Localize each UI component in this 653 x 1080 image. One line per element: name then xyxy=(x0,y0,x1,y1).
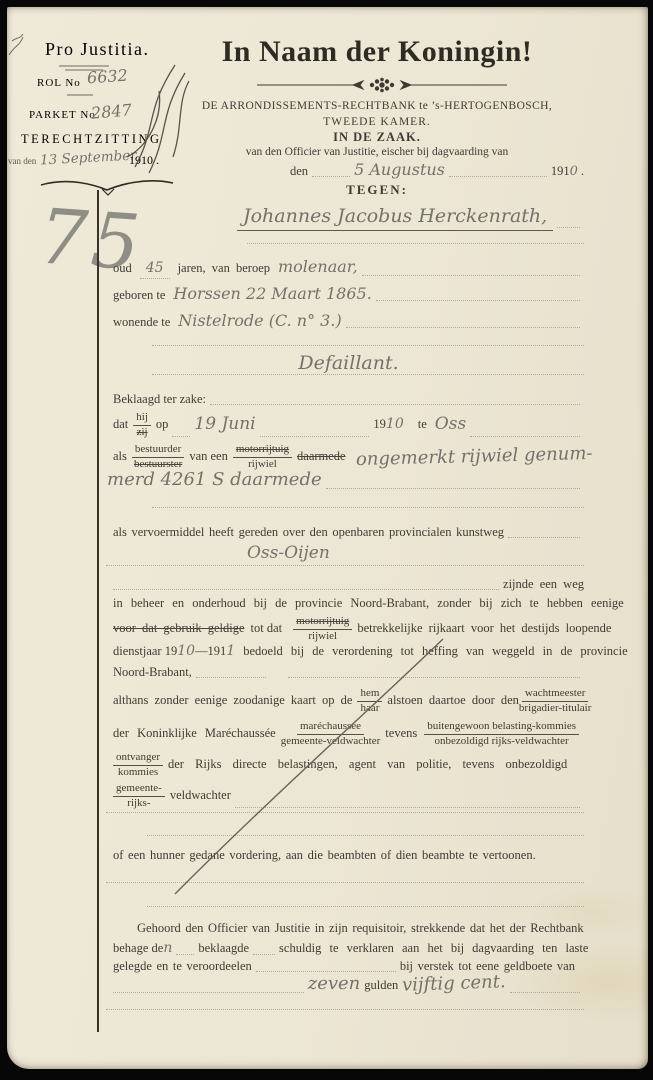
dienstjaar-year2-handwritten: 1 xyxy=(226,643,235,661)
hij-zij-alternative: hij zij xyxy=(133,411,151,438)
voor-dat-struck: voor dat gebruik geldige xyxy=(113,621,245,637)
rijwiel-option-2: rijwiel xyxy=(308,630,337,643)
dotted-leader xyxy=(326,486,580,489)
dotted-leader xyxy=(172,434,190,437)
chamber-line: TWEEDE KAMER. xyxy=(157,116,597,128)
vehicle-note-handwritten-1: ongemerkt rijwiel genum- xyxy=(355,443,592,472)
road-handwritten: Oss-Oijen xyxy=(247,543,330,564)
marechaussee-row: der Koninklijke Maréchaussée maréchaussé… xyxy=(113,717,584,751)
page-title: In Naam der Koningin! xyxy=(157,35,597,69)
rijks-veldwachter-option: onbezoldigd rijks-veldwachter xyxy=(435,735,569,748)
offence-date-row: dat hij zij op 19 Juni 19 10 te Oss xyxy=(113,410,584,440)
daarmede-struck: daarmede xyxy=(297,449,346,465)
bestuurder-option: bestuurder xyxy=(132,443,184,457)
beklaagde-label: beklaagde xyxy=(198,941,249,957)
margin-rule xyxy=(97,190,99,1032)
age-handwritten: 45 xyxy=(140,260,170,279)
rol-number-label: ROL No xyxy=(37,77,81,89)
althans-row: althans zonder eenige zoodanige kaart op… xyxy=(113,685,584,717)
ontvanger-option: ontvanger xyxy=(113,751,163,765)
belasting-kommies-option: buitengewoon belasting-kommies xyxy=(424,720,579,734)
ruled-line xyxy=(147,906,584,907)
scanned-court-document: Pro Justitia. ROL No 6632 PARKET No 2847… xyxy=(0,0,653,1080)
als-label: als xyxy=(113,449,127,465)
summons-year-printed: 191 xyxy=(551,164,570,180)
dat-label: dat xyxy=(113,417,128,433)
ornament-divider xyxy=(257,77,507,93)
residence-row: wonende te Nistelrode (C. n° 3.) xyxy=(113,311,584,331)
pro-justitia-heading: Pro Justitia. xyxy=(45,39,150,60)
rijks-belastingen-text: der Rijks directe belastingen, agent van… xyxy=(168,757,567,773)
offence-year-printed: 19 xyxy=(373,417,386,433)
vehicle-alternative: motorrijtuig rijwiel xyxy=(233,443,292,470)
dotted-leader xyxy=(176,952,194,955)
veldwachter-label: veldwachter xyxy=(170,788,231,804)
defaillant-handwritten: Defaillant. xyxy=(298,352,398,376)
kommies-alternative: buitengewoon belasting-kommies onbezoldi… xyxy=(424,720,579,747)
kommies-option: kommies xyxy=(118,766,158,779)
hij-option: hij xyxy=(133,411,151,425)
dotted-leader xyxy=(376,298,580,301)
ruled-line xyxy=(247,243,584,244)
dotted-leader xyxy=(510,990,580,993)
motorrijtuig-option-struck: motorrijtuig xyxy=(233,443,292,457)
althans-text: althans zonder eenige zoodanige kaart op… xyxy=(113,693,352,709)
period: . xyxy=(581,164,584,180)
der-koninklijke-text: der Koninklijke Maréchaussée xyxy=(113,726,276,742)
den-label: den xyxy=(290,164,308,180)
dotted-leader xyxy=(210,402,580,405)
op-label: op xyxy=(156,417,169,433)
rank-alternative: wachtmeester brigadier-titulair xyxy=(519,687,591,714)
dotted-leader xyxy=(449,174,547,177)
vertoonen-row: of een hunner gedane vordering, aan die … xyxy=(113,848,584,864)
ruled-line xyxy=(152,345,584,346)
ruled-line xyxy=(152,507,584,508)
officer-type-alternative: maréchaussée gemeente-veldwachter xyxy=(281,720,381,747)
gulden-label: gulden xyxy=(364,978,398,994)
dotted-leader xyxy=(113,587,499,590)
dotted-leader xyxy=(113,990,304,993)
tevens-label: tevens xyxy=(385,726,417,742)
alstoen-text: alstoen daartoe door den xyxy=(387,693,519,709)
ruled-line xyxy=(106,1009,584,1010)
ruled-line xyxy=(147,835,584,836)
van-een-label: van een xyxy=(189,449,228,465)
offence-place-handwritten: Oss xyxy=(435,414,466,435)
parket-number-value: 2847 xyxy=(90,100,132,122)
dienstjaar-year1-handwritten: 10 xyxy=(177,643,195,661)
ruled-line xyxy=(106,565,584,566)
van-den-label: van den xyxy=(8,156,36,166)
beheer-line: in beheer en onderhoud bij de provincie … xyxy=(113,596,624,612)
summons-date-handwritten: 5 Augustus xyxy=(354,160,445,180)
amount-guilders-handwritten: zeven xyxy=(308,973,361,996)
dienstjaar-row: dienstjaar 19 10 —191 1 bedoeld bij de v… xyxy=(113,643,584,661)
noord-brabant-label: Noord-Brabant, xyxy=(113,665,192,681)
tegen-heading: TEGEN: xyxy=(157,182,597,198)
brigadier-option: brigadier-titulair xyxy=(519,702,591,715)
dotted-leader xyxy=(557,225,580,228)
vehicle-note-row-2: merd 4261 S daarmede xyxy=(107,469,584,492)
dotted-leader xyxy=(196,675,266,678)
behage-row: behage de n beklaagde schuldig te verkla… xyxy=(113,940,584,958)
vehicle-alternative-2: motorrijtuig rijwiel xyxy=(293,615,352,642)
profession-handwritten: molenaar, xyxy=(278,257,358,277)
oud-label: oud xyxy=(113,261,132,277)
beklaagd-label: Beklaagd ter zake: xyxy=(113,392,206,408)
ontvanger-alternative: ontvanger kommies xyxy=(113,751,163,778)
wachtmeester-option: wachtmeester xyxy=(522,687,588,701)
officier-line: van den Officier van Justitie, eischer b… xyxy=(157,146,597,158)
dotted-leader xyxy=(362,273,580,276)
dienstjaar-dash: —191 xyxy=(195,644,226,660)
belastingen-row: ontvanger kommies der Rijks directe bela… xyxy=(113,749,584,781)
zijnde-text: zijnde een weg xyxy=(503,577,584,593)
dotted-leader xyxy=(288,675,580,678)
marechaussee-option: maréchaussée xyxy=(297,720,364,734)
te-label: te xyxy=(418,417,427,433)
haar-option: haar xyxy=(360,702,379,715)
dotted-leader xyxy=(508,535,580,538)
gemeente-rijks-alternative: gemeente- rijks- xyxy=(113,782,165,809)
dotted-leader xyxy=(346,325,580,328)
ruled-line xyxy=(152,374,584,375)
offence-year-handwritten: 10 xyxy=(386,416,404,434)
residence-handwritten: Nistelrode (C. n° 3.) xyxy=(178,311,341,331)
beheer-row: in beheer en onderhoud bij de provincie … xyxy=(113,596,584,612)
zijnde-row: zijnde een weg xyxy=(113,577,584,593)
beroep-label: jaren, van beroep xyxy=(178,261,270,277)
kunstweg-row: als vervoermiddel heeft gereden over den… xyxy=(113,525,584,541)
birth-handwritten: Horssen 22 Maart 1865. xyxy=(173,284,371,304)
schuldig-text: schuldig te verklaren aan het bij dagvaa… xyxy=(279,941,588,957)
amount-row: zeven gulden vijftig cent. xyxy=(113,973,584,996)
gehoord-row: Gehoord den Officier van Justitie in zij… xyxy=(137,921,584,937)
gemeente-prefix-option: gemeente- xyxy=(113,782,165,796)
sitting-date-handwritten: 13 September xyxy=(40,147,137,168)
sitting-year: 1910 . xyxy=(129,153,159,168)
defendant-name-row: Johannes Jacobus Herckenrath, xyxy=(237,205,584,231)
bedoeld-text: bedoeld bij de verordening tot heffing v… xyxy=(243,644,627,660)
vehicle-note-handwritten-2: merd 4261 S daarmede xyxy=(107,469,322,492)
beklaagd-row: Beklaagd ter zake: xyxy=(113,392,584,408)
parket-number-label: PARKET No xyxy=(29,109,96,121)
zij-option-struck: zij xyxy=(137,426,148,439)
noord-brabant-row: Noord-Brabant, xyxy=(113,665,584,681)
motorrijtuig-option-2-struck: motorrijtuig xyxy=(293,615,352,629)
geboren-label: geboren te xyxy=(113,288,165,304)
dotted-leader xyxy=(470,434,580,437)
rol-number-value: 6632 xyxy=(86,66,128,88)
dotted-leader xyxy=(235,805,580,808)
age-profession-row: oud 45 jaren, van beroep molenaar, xyxy=(113,257,584,279)
behage-handwritten: n xyxy=(163,940,172,958)
rijks-prefix-option: rijks- xyxy=(127,797,150,810)
corner-mark xyxy=(9,34,23,55)
dotted-leader xyxy=(256,969,396,972)
in-de-zaak-heading: IN DE ZAAK. xyxy=(157,130,597,145)
document-page: Pro Justitia. ROL No 6632 PARKET No 2847… xyxy=(7,7,648,1069)
ruled-line xyxy=(106,882,584,883)
behage-text: behage de xyxy=(113,941,163,957)
wonende-label: wonende te xyxy=(113,315,170,331)
amount-cents-handwritten: vijftig cent. xyxy=(402,971,506,997)
hem-option: hem xyxy=(357,687,382,701)
road-row: Oss-Oijen xyxy=(247,543,584,564)
vertoonen-line: of een hunner gedane vordering, aan die … xyxy=(113,848,536,864)
bestuurder-alternative: bestuurder bestuurster xyxy=(132,443,184,470)
hem-haar-alternative: hem haar xyxy=(357,687,382,714)
gehoord-line: Gehoord den Officier van Justitie in zij… xyxy=(137,921,584,937)
tot-dat-label: tot dat xyxy=(251,621,283,637)
birth-row: geboren te Horssen 22 Maart 1865. xyxy=(113,284,584,304)
summons-date-row: den 5 Augustus 191 0 . xyxy=(290,160,584,180)
dienstjaar-label: dienstjaar 19 xyxy=(113,644,177,660)
ruled-line xyxy=(106,812,584,813)
court-name-line: DE ARRONDISSEMENTS-RECHTBANK te ’s-HERTO… xyxy=(157,100,597,112)
summons-year-handwritten: 0 xyxy=(570,164,578,180)
dotted-leader xyxy=(312,174,350,177)
betrekkelijke-text: betrekkelijke rijkaart voor het destijds… xyxy=(357,621,611,637)
dotted-leader xyxy=(253,952,275,955)
defendant-name-handwritten: Johannes Jacobus Herckenrath, xyxy=(237,205,553,231)
gemeente-veldwachter-option: gemeente-veldwachter xyxy=(281,735,381,748)
terechtzitting-heading: TERECHTZITTING xyxy=(21,132,162,147)
veldwachter-row: gemeente- rijks- veldwachter xyxy=(113,781,584,811)
status-row: Defaillant. xyxy=(113,352,584,376)
kunstweg-line: als vervoermiddel heeft gereden over den… xyxy=(113,525,504,541)
offence-date-handwritten: 19 Juni xyxy=(194,414,255,435)
rijkaart-row: voor dat gebruik geldige tot dat motorri… xyxy=(113,614,584,644)
dotted-leader xyxy=(260,434,370,437)
